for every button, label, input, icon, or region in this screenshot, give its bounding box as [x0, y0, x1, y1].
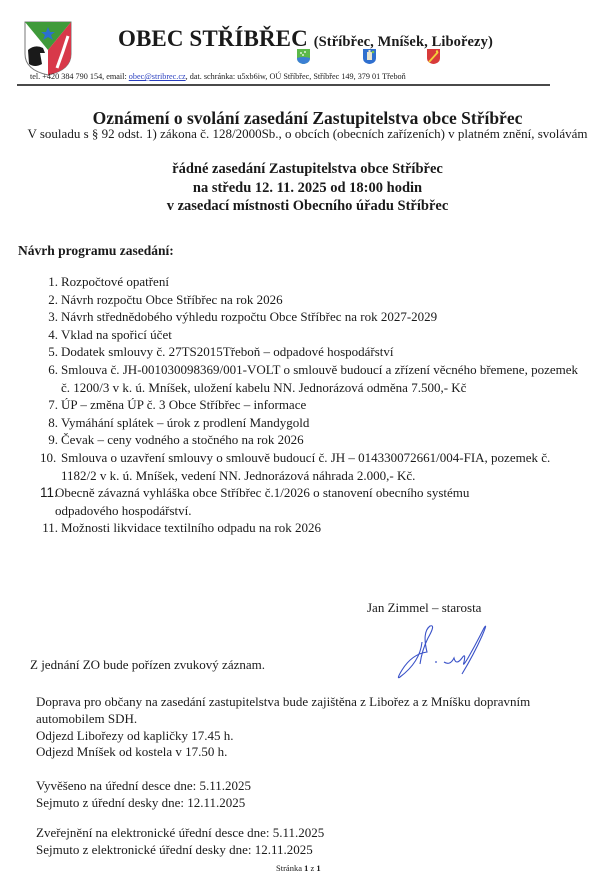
agenda-item: 8.Vymáhání splátek – úrok z prodlení Man…: [0, 414, 615, 432]
agenda-item: 2.Návrh rozpočtu Obce Stříbřec na rok 20…: [0, 291, 615, 309]
departure-liborezy: Odjezd Libořezy od kapličky 17.45 h.: [36, 728, 596, 745]
email-link[interactable]: obec@stribrec.cz: [129, 72, 186, 81]
e-posted-date: Zveřejnění na elektronické úřední desce …: [36, 825, 324, 842]
removed-date: Sejmuto z úřední desky dne: 12.11.2025: [36, 795, 251, 812]
agenda-item: 11.Možnosti likvidace textilního odpadu …: [0, 519, 615, 537]
agenda-item-text: Smlouva o uzavření smlouvy o smlouvě bud…: [61, 449, 595, 467]
agenda-item-text: 1182/2 v k. ú. Mníšek, vedení NN. Jednor…: [61, 467, 595, 485]
meeting-place: v zasedací místnosti Obecního úřadu Stří…: [0, 197, 615, 216]
agenda-item: 1.Rozpočtové opatření: [0, 273, 615, 291]
stribrec-emblem-icon: [297, 49, 310, 64]
municipal-crest-icon: [23, 20, 73, 76]
agenda-item-text: Dodatek smlouvy č. 27TS2015Třeboň – odpa…: [61, 343, 595, 361]
agenda-item-number: 5.: [40, 343, 58, 361]
agenda-item-number: 9.: [40, 431, 58, 449]
agenda-item: 3.Návrh střednědobého výhledu rozpočtu O…: [0, 308, 615, 326]
signature-icon: [392, 622, 492, 684]
agenda-item-number: 11.: [40, 519, 58, 537]
page-indicator: Stránka 1 z 1: [276, 863, 321, 873]
transport-line: Doprava pro občany na zasedání zastupite…: [36, 694, 596, 711]
agenda-item-number: 3.: [40, 308, 58, 326]
pager-total: 1: [316, 863, 320, 873]
signer-name: Jan Zimmel – starosta: [367, 600, 481, 616]
agenda-item-number: 1.: [40, 273, 58, 291]
agenda-item-number: 11.: [40, 484, 62, 502]
agenda-item-number: 6.: [40, 361, 58, 379]
contact-address: , dat. schránka: u5xb6iw, OÚ Stříbřec, S…: [186, 72, 406, 81]
agenda-item: 5.Dodatek smlouvy č. 27TS2015Třeboň – od…: [0, 343, 615, 361]
transport-info: Doprava pro občany na zasedání zastupite…: [36, 694, 596, 761]
agenda-item: 7.ÚP – změna ÚP č. 3 Obce Stříbřec – inf…: [0, 396, 615, 414]
agenda-item-text: Obecně závazná vyhláška obce Stříbřec č.…: [55, 484, 595, 502]
agenda-item-number: 10.: [40, 449, 62, 467]
e-removed-date: Sejmuto z elektronické úřední desky dne:…: [36, 842, 324, 859]
recording-note: Z jednání ZO bude pořízen zvukový záznam…: [30, 657, 265, 673]
meeting-details: řádné zasedání Zastupitelstva obce Stříb…: [0, 160, 615, 216]
agenda-item: 11.Obecně závazná vyhláška obce Stříbřec…: [0, 484, 615, 519]
agenda-item-text: Vklad na spořicí účet: [61, 326, 595, 344]
agenda-item: 6.Smlouva č. JH-001030098369/001-VOLT o …: [0, 361, 615, 396]
org-name: OBEC STŘÍBŘEC: [118, 26, 308, 51]
contact-phone: tel. +420 384 790 154, email:: [30, 72, 129, 81]
agenda-item-number: 4.: [40, 326, 58, 344]
agenda-item: 4.Vklad na spořicí účet: [0, 326, 615, 344]
posting-info: Vyvěšeno na úřední desce dne: 5.11.2025 …: [36, 778, 251, 812]
transport-line: automobilem SDH.: [36, 711, 596, 728]
contact-line: tel. +420 384 790 154, email: obec@strib…: [30, 72, 406, 81]
agenda-item-number: 7.: [40, 396, 58, 414]
agenda-item-text: č. 1200/3 v k. ú. Mníšek, uložení kabelu…: [61, 379, 595, 397]
posted-date: Vyvěšeno na úřední desce dne: 5.11.2025: [36, 778, 251, 795]
agenda-item: 9.Čevak – ceny vodného a stočného na rok…: [0, 431, 615, 449]
agenda-item-number: 8.: [40, 414, 58, 432]
liborezy-emblem-icon: [427, 49, 440, 64]
header-divider: [17, 84, 550, 86]
meeting-type: řádné zasedání Zastupitelstva obce Stříb…: [0, 160, 615, 179]
meeting-date: na středu 12. 11. 2025 od 18:00 hodin: [0, 179, 615, 198]
agenda-list: 1.Rozpočtové opatření2.Návrh rozpočtu Ob…: [0, 273, 615, 537]
agenda-item-text: ÚP – změna ÚP č. 3 Obce Stříbřec – infor…: [61, 396, 595, 414]
notice-intro: V souladu s § 92 odst. 1) zákona č. 128/…: [0, 126, 615, 142]
pager-prefix: Stránka: [276, 863, 304, 873]
agenda-item-text: Čevak – ceny vodného a stočného na rok 2…: [61, 431, 595, 449]
agenda-item-text: Smlouva č. JH-001030098369/001-VOLT o sm…: [61, 361, 595, 379]
org-subtitle: (Stříbřec, Mníšek, Libořezy): [314, 34, 493, 50]
agenda-item-text: odpadového hospodářství.: [55, 502, 595, 520]
agenda-item-number: 2.: [40, 291, 58, 309]
agenda-item-text: Vymáhání splátek – úrok z prodlení Mandy…: [61, 414, 595, 432]
program-title: Návrh programu zasedání:: [18, 243, 174, 259]
departure-mnisek: Odjezd Mníšek od kostela v 17.50 h.: [36, 744, 596, 761]
agenda-item-text: Rozpočtové opatření: [61, 273, 595, 291]
agenda-item-text: Návrh střednědobého výhledu rozpočtu Obc…: [61, 308, 595, 326]
agenda-item: 10.Smlouva o uzavření smlouvy o smlouvě …: [0, 449, 615, 484]
e-posting-info: Zveřejnění na elektronické úřední desce …: [36, 825, 324, 859]
agenda-item-text: Návrh rozpočtu Obce Stříbřec na rok 2026: [61, 291, 595, 309]
mnisek-emblem-icon: [363, 49, 376, 64]
agenda-item-text: Možnosti likvidace textilního odpadu na …: [61, 519, 595, 537]
